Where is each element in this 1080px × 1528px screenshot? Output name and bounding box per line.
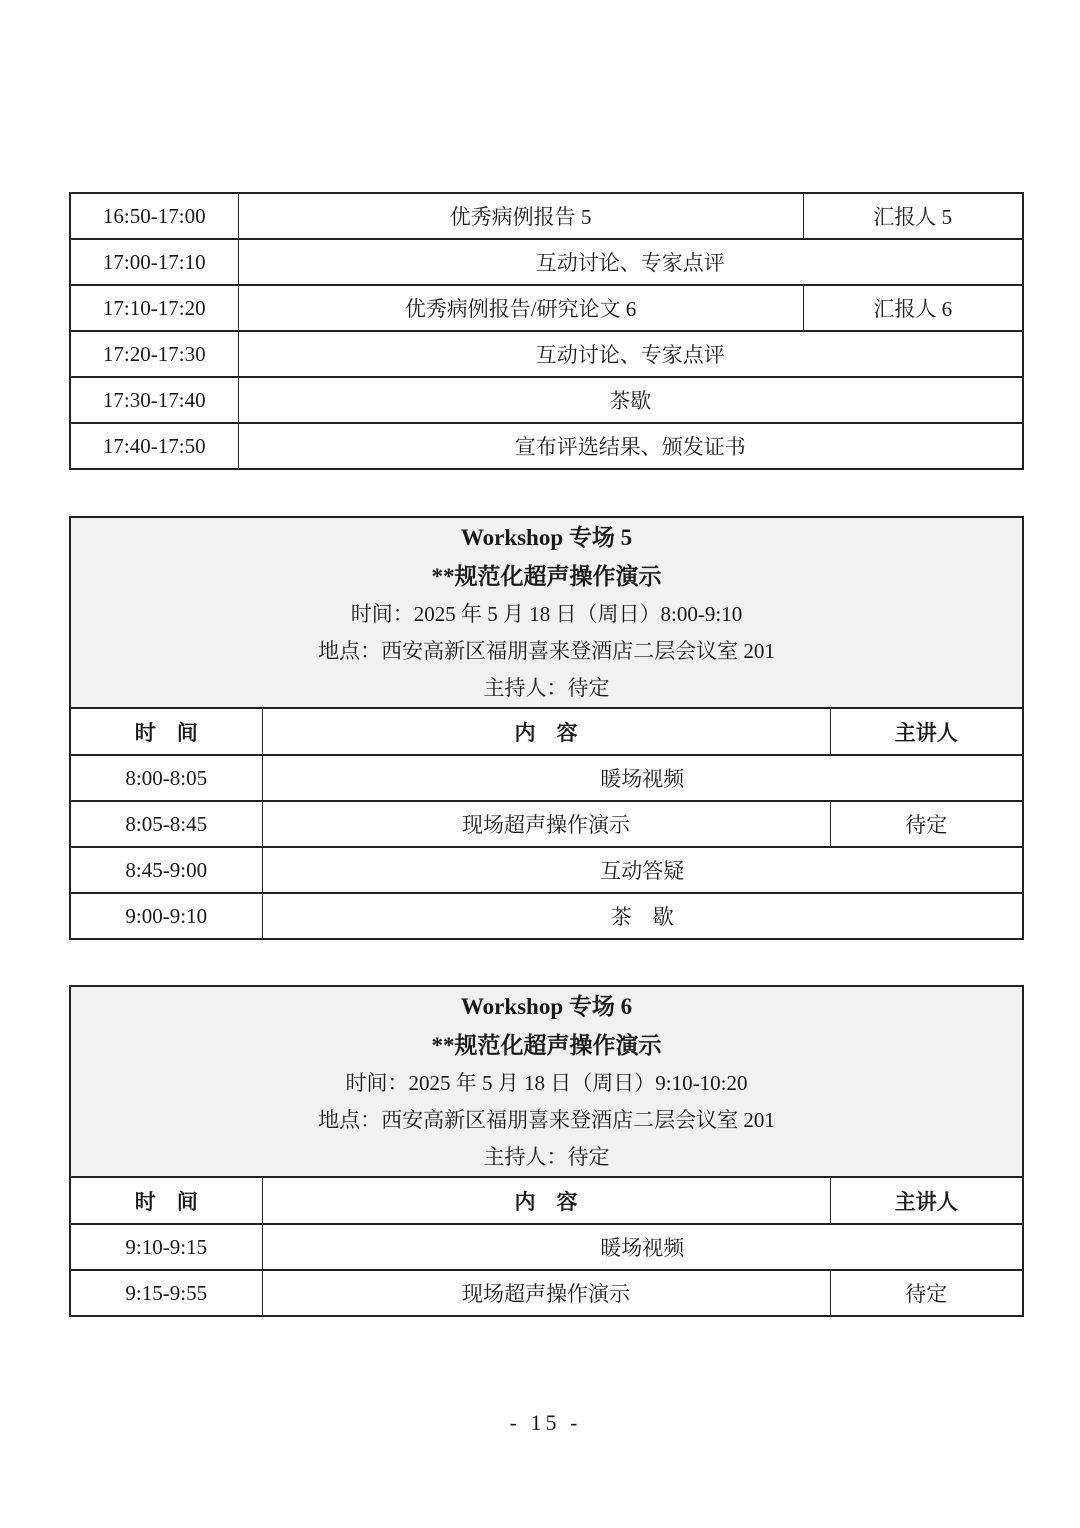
speaker-cell: 汇报人 5 [803, 193, 1023, 239]
col-header-content: 内 容 [262, 1177, 830, 1224]
session-host: 主持人：待定 [71, 670, 1022, 707]
continued-schedule-table: 16:50-17:00 优秀病例报告 5 汇报人 5 17:00-17:10 互… [69, 192, 1024, 470]
content-cell: 优秀病例报告 5 [238, 193, 803, 239]
time-cell: 8:45-9:00 [70, 847, 262, 893]
content-cell: 互动答疑 [262, 847, 1023, 893]
time-cell: 17:40-17:50 [70, 423, 238, 469]
table-row: 17:20-17:30 互动讨论、专家点评 [70, 331, 1023, 377]
content-cell: 优秀病例报告/研究论文 6 [238, 285, 803, 331]
workshop-6-table: Workshop 专场 6 **规范化超声操作演示 时间：2025 年 5 月 … [69, 985, 1024, 1317]
table-row: 9:10-9:15 暖场视频 [70, 1224, 1023, 1270]
session-header: Workshop 专场 5 **规范化超声操作演示 时间：2025 年 5 月 … [70, 517, 1023, 708]
time-cell: 9:15-9:55 [70, 1270, 262, 1316]
col-header-speaker: 主讲人 [830, 1177, 1023, 1224]
page-number: - 15 - [69, 1410, 1022, 1436]
content-cell: 现场超声操作演示 [262, 1270, 830, 1316]
table-row: 9:00-9:10 茶 歇 [70, 893, 1023, 939]
speaker-cell: 待定 [830, 1270, 1023, 1316]
session-title: Workshop 专场 6 [71, 987, 1022, 1026]
content-cell: 暖场视频 [262, 1224, 1023, 1270]
session-location: 地点：西安高新区福朋喜来登酒店二层会议室 201 [71, 633, 1022, 670]
time-cell: 9:10-9:15 [70, 1224, 262, 1270]
table-row: 17:00-17:10 互动讨论、专家点评 [70, 239, 1023, 285]
table-row: 8:00-8:05 暖场视频 [70, 755, 1023, 801]
workshop-5-table: Workshop 专场 5 **规范化超声操作演示 时间：2025 年 5 月 … [69, 516, 1024, 940]
table-row: 17:10-17:20 优秀病例报告/研究论文 6 汇报人 6 [70, 285, 1023, 331]
col-header-speaker: 主讲人 [830, 708, 1023, 755]
table-row: 16:50-17:00 优秀病例报告 5 汇报人 5 [70, 193, 1023, 239]
col-header-time: 时 间 [70, 1177, 262, 1224]
session-header-row: Workshop 专场 6 **规范化超声操作演示 时间：2025 年 5 月 … [70, 986, 1023, 1177]
time-cell: 17:10-17:20 [70, 285, 238, 331]
col-header-time: 时 间 [70, 708, 262, 755]
session-time: 时间：2025 年 5 月 18 日（周日）9:10-10:20 [71, 1065, 1022, 1102]
time-cell: 8:00-8:05 [70, 755, 262, 801]
table-row: 17:40-17:50 宣布评选结果、颁发证书 [70, 423, 1023, 469]
time-cell: 8:05-8:45 [70, 801, 262, 847]
time-cell: 17:00-17:10 [70, 239, 238, 285]
session-header: Workshop 专场 6 **规范化超声操作演示 时间：2025 年 5 月 … [70, 986, 1023, 1177]
session-time: 时间：2025 年 5 月 18 日（周日）8:00-9:10 [71, 596, 1022, 633]
document-page: 16:50-17:00 优秀病例报告 5 汇报人 5 17:00-17:10 互… [0, 0, 1080, 1528]
table-row: 9:15-9:55 现场超声操作演示 待定 [70, 1270, 1023, 1316]
content-cell: 茶 歇 [262, 893, 1023, 939]
col-header-content: 内 容 [262, 708, 830, 755]
table-row: 17:30-17:40 茶歇 [70, 377, 1023, 423]
session-subtitle: **规范化超声操作演示 [71, 557, 1022, 596]
session-title: Workshop 专场 5 [71, 518, 1022, 557]
session-location: 地点：西安高新区福朋喜来登酒店二层会议室 201 [71, 1102, 1022, 1139]
time-cell: 16:50-17:00 [70, 193, 238, 239]
column-header-row: 时 间 内 容 主讲人 [70, 708, 1023, 755]
speaker-cell: 待定 [830, 801, 1023, 847]
content-cell: 宣布评选结果、颁发证书 [238, 423, 1023, 469]
session-subtitle: **规范化超声操作演示 [71, 1026, 1022, 1065]
time-cell: 17:20-17:30 [70, 331, 238, 377]
speaker-cell: 汇报人 6 [803, 285, 1023, 331]
table-row: 8:45-9:00 互动答疑 [70, 847, 1023, 893]
content-cell: 茶歇 [238, 377, 1023, 423]
session-host: 主持人：待定 [71, 1139, 1022, 1176]
content-cell: 现场超声操作演示 [262, 801, 830, 847]
session-header-row: Workshop 专场 5 **规范化超声操作演示 时间：2025 年 5 月 … [70, 517, 1023, 708]
content-cell: 暖场视频 [262, 755, 1023, 801]
time-cell: 9:00-9:10 [70, 893, 262, 939]
content-cell: 互动讨论、专家点评 [238, 239, 1023, 285]
content-cell: 互动讨论、专家点评 [238, 331, 1023, 377]
time-cell: 17:30-17:40 [70, 377, 238, 423]
column-header-row: 时 间 内 容 主讲人 [70, 1177, 1023, 1224]
table-row: 8:05-8:45 现场超声操作演示 待定 [70, 801, 1023, 847]
